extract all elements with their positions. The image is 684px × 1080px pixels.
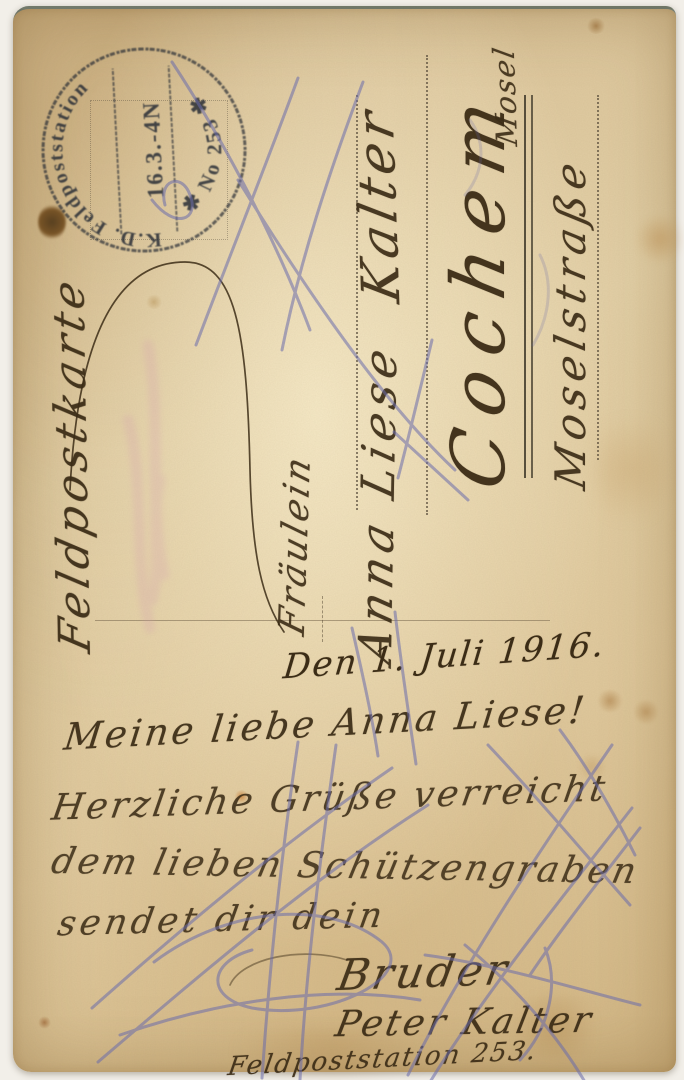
divider-tick — [322, 596, 323, 642]
address-first-names: Anna Liese — [348, 337, 407, 668]
signature-name: Peter Kalter — [332, 1000, 597, 1046]
address-street: Moselstraße — [546, 152, 595, 493]
postmark-date: 16.3.-4N — [138, 100, 168, 199]
address-salutation: Fräulein — [272, 450, 319, 640]
signature-relation: Bruder — [334, 945, 514, 1001]
postmark-stamp: K.D. Feldpoststation ✱ No 253 ✱ 16.3.-4N — [32, 38, 257, 263]
address-ruling-line-3 — [597, 95, 599, 460]
address-double-rule — [524, 95, 533, 478]
scanned-postcard-photo: K.D. Feldpoststation ✱ No 253 ✱ 16.3.-4N… — [0, 0, 684, 1080]
address-region: Mosel — [487, 44, 525, 148]
postmark-ring-text-right: ✱ No 253 ✱ — [171, 87, 230, 218]
feldpostkarte-label: Feldpostkarte — [43, 271, 101, 657]
address-ruling-line-2 — [426, 55, 428, 515]
address-surname: Kalter — [345, 102, 412, 307]
